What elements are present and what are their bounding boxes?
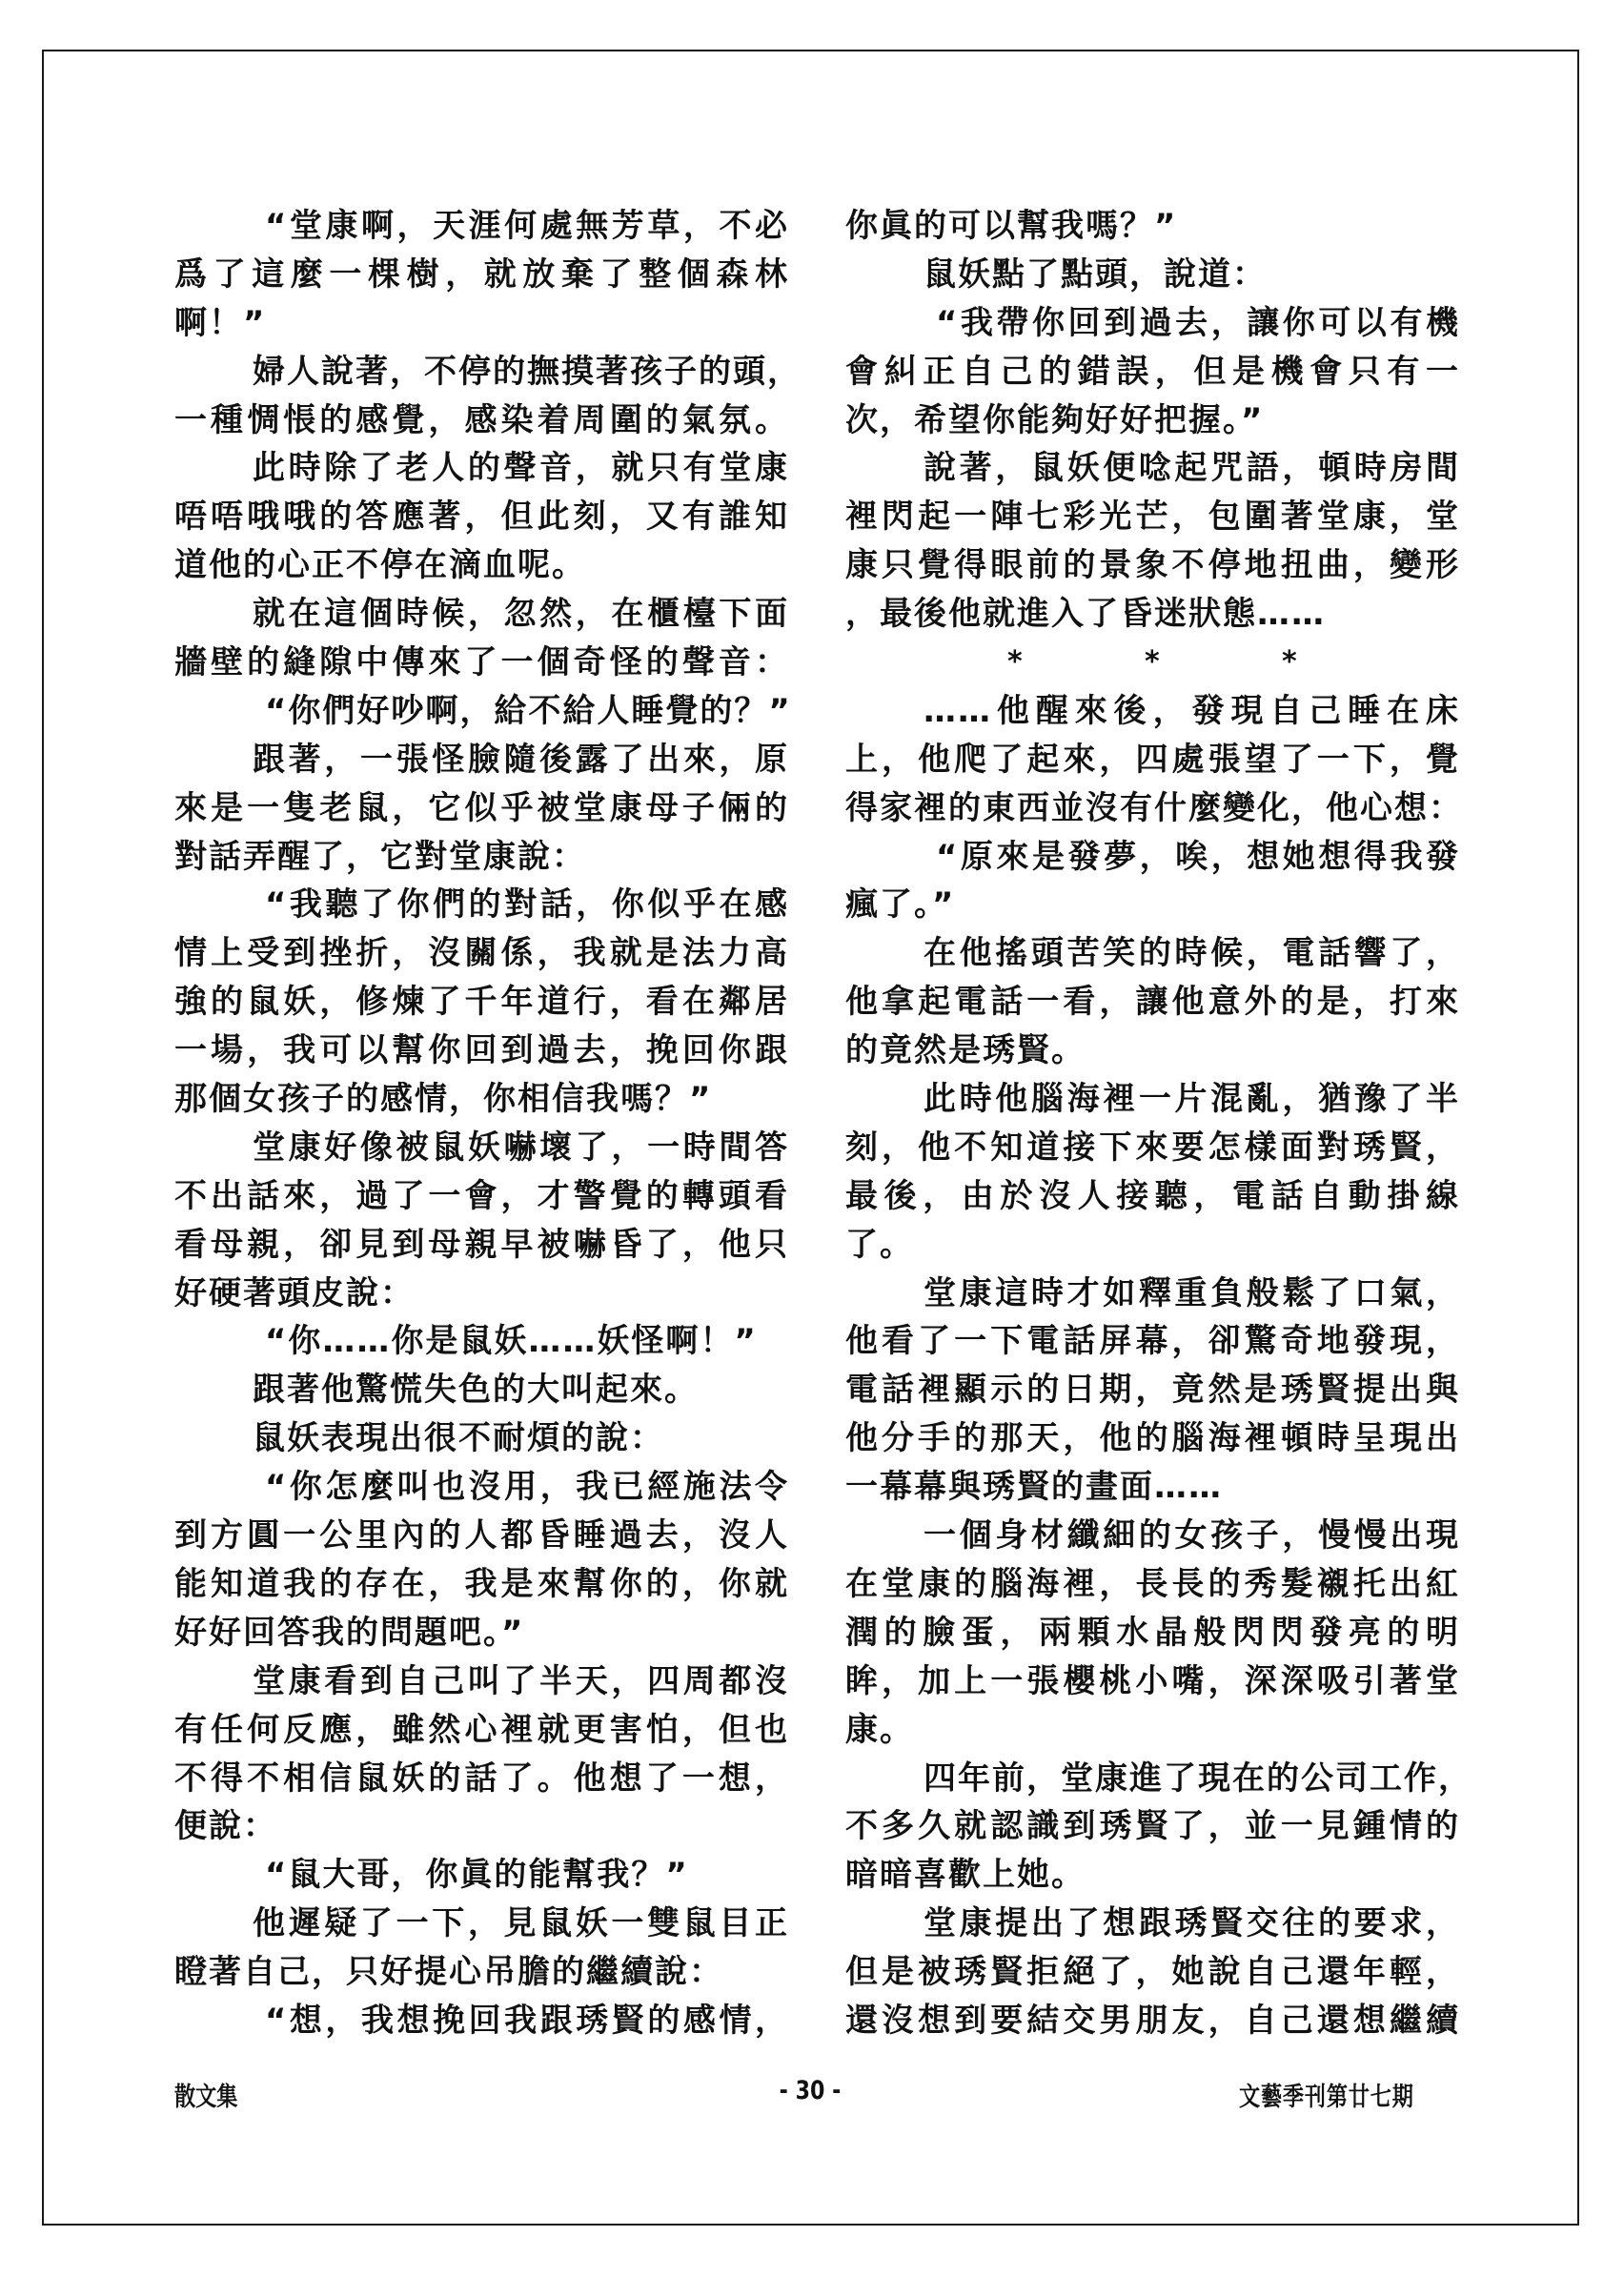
text-line: 一場，我可以幫你回到過去，挽回你跟 (174, 1027, 789, 1075)
text-line: 牆壁的縫隙中傳來了一個奇怪的聲音： (174, 639, 789, 687)
text-line: 堂康提出了想跟琇賢交往的要求， (845, 1900, 1460, 1948)
text-line: 他拿起電話一看，讓他意外的是，打來 (845, 978, 1460, 1027)
text-line: 堂康看到自己叫了半天，四周都沒 (174, 1657, 789, 1706)
text-line: 不出話來，過了一會，才警覺的轉頭看 (174, 1172, 789, 1221)
asterisk-icon: * (1145, 639, 1162, 687)
text-line: “堂康啊，天涯何處無芳草，不必 (174, 202, 789, 251)
text-line: 堂康好像被鼠妖嚇壞了，一時間答 (174, 1124, 789, 1172)
text-line: 強的鼠妖，修煉了千年道行，看在鄰居 (174, 978, 789, 1027)
text-line: “你們好吵啊，給不給人睡覺的？” (174, 687, 789, 736)
text-line: 對話弄醒了，它對堂康說： (174, 833, 789, 882)
text-line: 不得不相信鼠妖的話了。他想了一想， (174, 1755, 789, 1803)
text-line: 康。 (845, 1706, 1460, 1755)
text-line: 他遲疑了一下，見鼠妖一雙鼠目正 (174, 1900, 789, 1948)
text-line: 刻，他不知道接下來要怎樣面對琇賢， (845, 1124, 1460, 1172)
text-line: 一種惆悵的感覺，感染着周圍的氣氛。 (174, 396, 789, 445)
footer-page-number: - 30 - (779, 2076, 842, 2105)
footer-publication-title: 文藝季刊第廿七期 (1239, 2076, 1414, 2113)
footer-section-title: 散文集 (174, 2076, 237, 2113)
text-line: 潤的臉蛋，兩顆水晶般閃閃發亮的明 (845, 1609, 1460, 1657)
text-line: 爲了這麼一棵樹，就放棄了整個森林 (174, 251, 789, 299)
text-line: 裡閃起一陣七彩光芒，包圍著堂康，堂 (845, 493, 1460, 541)
text-line: “你怎麼叫也沒用，我已經施法令 (174, 1463, 789, 1512)
text-line: 啊！” (174, 299, 789, 348)
text-line: 有任何反應，雖然心裡就更害怕，但也 (174, 1706, 789, 1755)
text-line: 便說： (174, 1802, 789, 1851)
text-line: 道他的心正不停在滴血呢。 (174, 541, 789, 590)
text-line: 上，他爬了起來，四處張望了一下，覺 (845, 736, 1460, 784)
text-line: 瞪著自己，只好提心吊膽的繼續說： (174, 1948, 789, 1997)
asterisk-icon: * (1282, 639, 1299, 687)
text-line: 那個女孩子的感情，你相信我嗎？” (174, 1075, 789, 1124)
text-line: 跟著他驚慌失色的大叫起來。 (174, 1366, 789, 1414)
right-text-column: 你眞的可以幫我嗎？”鼠妖點了點頭，說道：“我帶你回到過去，讓你可以有機會糾正自己… (845, 202, 1460, 2045)
text-line: “鼠大哥，你眞的能幫我？” (174, 1851, 789, 1900)
left-text-column: “堂康啊，天涯何處無芳草，不必爲了這麼一棵樹，就放棄了整個森林啊！”婦人說著，不… (174, 202, 789, 2045)
text-line: 一個身材纖細的女孩子，慢慢出現 (845, 1512, 1460, 1560)
text-line: 婦人說著，不停的撫摸著孩子的頭， (174, 348, 789, 396)
text-line: 到方圓一公里內的人都昏睡過去，沒人 (174, 1512, 789, 1560)
text-line: 最後，由於沒人接聽，電話自動掛線 (845, 1172, 1460, 1221)
text-line: 鼠妖點了點頭，說道： (845, 251, 1460, 299)
text-line: 好好回答我的問題吧。” (174, 1609, 789, 1657)
text-line: “我帶你回到過去，讓你可以有機 (845, 299, 1460, 348)
text-line: 電話裡顯示的日期，竟然是琇賢提出與 (845, 1366, 1460, 1414)
text-line: 在堂康的腦海裡，長長的秀髮襯托出紅 (845, 1560, 1460, 1609)
text-line: 暗暗喜歡上她。 (845, 1851, 1460, 1900)
section-break: *** (845, 639, 1460, 687)
text-line: “我聽了你們的對話，你似乎在感 (174, 881, 789, 929)
text-line: 會糾正自己的錯誤，但是機會只有一 (845, 348, 1460, 396)
text-line: “你……你是鼠妖……妖怪啊！” (174, 1317, 789, 1366)
text-line: 次，希望你能夠好好把握。” (845, 396, 1460, 445)
text-line: 他分手的那天，他的腦海裡頓時呈現出 (845, 1414, 1460, 1463)
text-line: 唔唔哦哦的答應著，但此刻，又有誰知 (174, 493, 789, 541)
text-line: 跟著，一張怪臉隨後露了出來，原 (174, 736, 789, 784)
text-line: 得家裡的東西並沒有什麼變化，他心想： (845, 784, 1460, 833)
text-line: 在他搖頭苦笑的時候，電話響了， (845, 929, 1460, 978)
text-line: 四年前，堂康進了現在的公司工作， (845, 1755, 1460, 1803)
text-line: 還沒想到要結交男朋友，自己還想繼續 (845, 1997, 1460, 2045)
text-line: 能知道我的存在，我是來幫你的，你就 (174, 1560, 789, 1609)
text-line: 說著，鼠妖便唸起咒語，頓時房間 (845, 444, 1460, 493)
text-line: 瘋了。” (845, 881, 1460, 929)
text-line: 就在這個時候，忽然，在櫃檯下面 (174, 590, 789, 639)
text-line: 堂康這時才如釋重負般鬆了口氣， (845, 1270, 1460, 1318)
text-line: 一幕幕與琇賢的畫面…… (845, 1463, 1460, 1512)
text-line: 鼠妖表現出很不耐煩的說： (174, 1414, 789, 1463)
text-line: 不多久就認識到琇賢了，並一見鍾情的 (845, 1802, 1460, 1851)
text-line: 你眞的可以幫我嗎？” (845, 202, 1460, 251)
text-line: “原來是發夢，唉，想她想得我發 (845, 833, 1460, 882)
text-line: ，最後他就進入了昏迷狀態…… (845, 590, 1460, 639)
text-line: “想，我想挽回我跟琇賢的感情， (174, 1997, 789, 2045)
text-line: 來是一隻老鼠，它似乎被堂康母子倆的 (174, 784, 789, 833)
text-line: 但是被琇賢拒絕了，她說自己還年輕， (845, 1948, 1460, 1997)
text-line: 看母親，卻見到母親早被嚇昏了，他只 (174, 1221, 789, 1270)
text-line: 眸，加上一張櫻桃小嘴，深深吸引著堂 (845, 1657, 1460, 1706)
text-line: 的竟然是琇賢。 (845, 1027, 1460, 1075)
text-line: 康只覺得眼前的景象不停地扭曲，變形 (845, 541, 1460, 590)
text-line: 了。 (845, 1221, 1460, 1270)
text-line: 此時除了老人的聲音，就只有堂康 (174, 444, 789, 493)
text-line: 情上受到挫折，沒關係，我就是法力高 (174, 929, 789, 978)
text-line: 好硬著頭皮說： (174, 1270, 789, 1318)
asterisk-icon: * (1007, 639, 1025, 687)
text-line: 他看了一下電話屏幕，卻驚奇地發現， (845, 1317, 1460, 1366)
text-line: ……他醒來後，發現自己睡在床 (845, 687, 1460, 736)
text-line: 此時他腦海裡一片混亂，猶豫了半 (845, 1075, 1460, 1124)
